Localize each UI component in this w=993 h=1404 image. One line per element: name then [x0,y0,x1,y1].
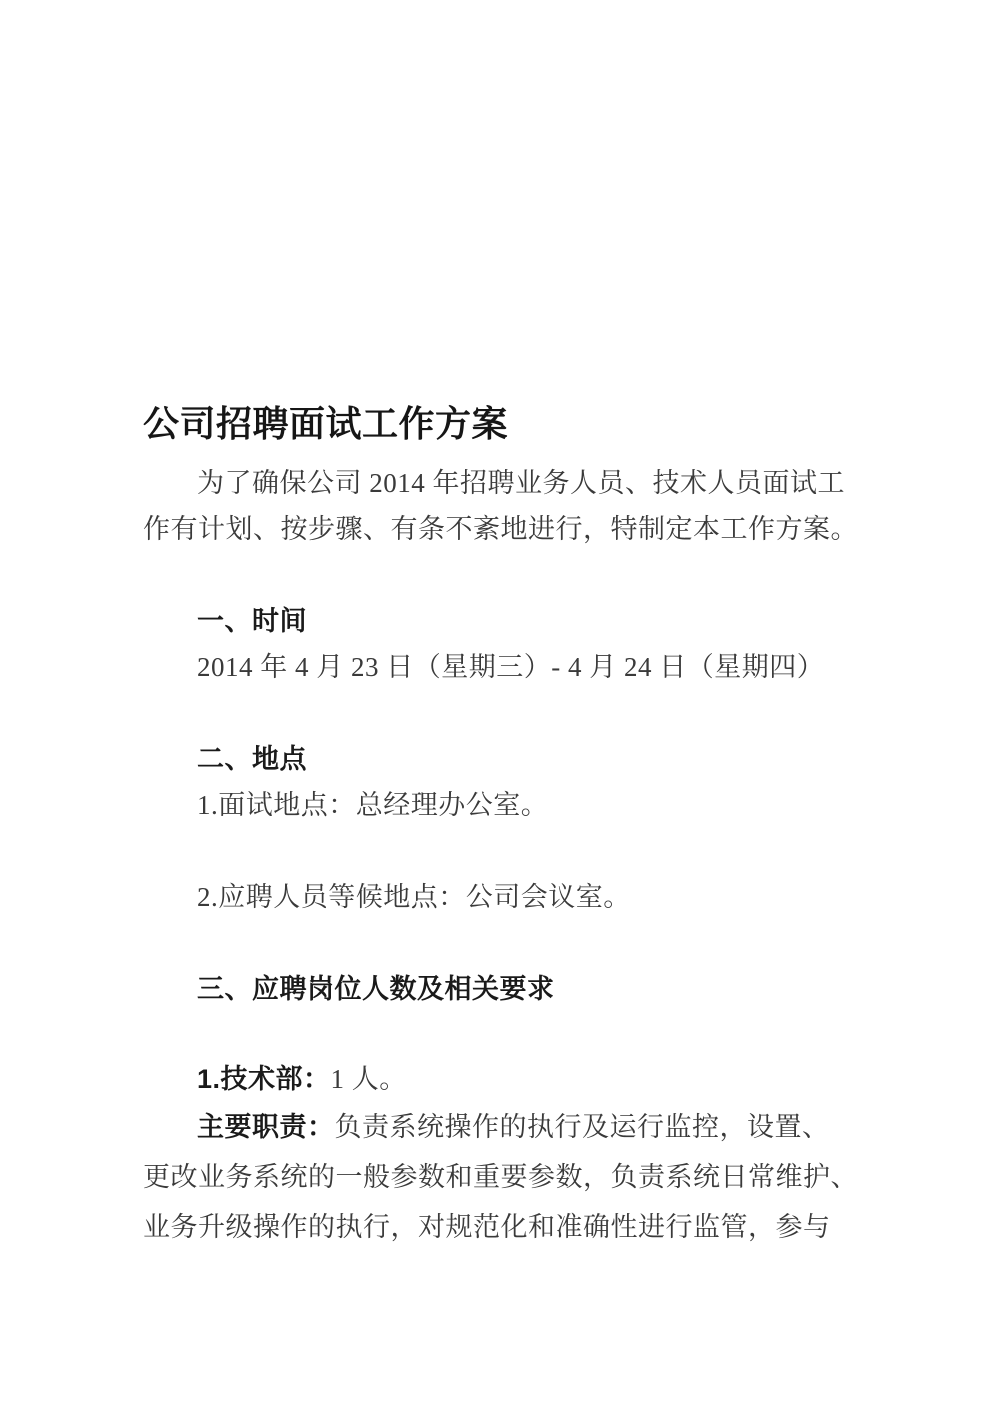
blank-line [143,552,849,598]
intro-paragraph-line-2: 作有计划、按步骤、有条不紊地进行，特制定本工作方案。 [143,506,849,552]
tech-dept-line: 1.技术部：1 人。 [143,1056,849,1102]
duties-text-1: 负责系统操作的执行及运行监控，设置、 [335,1112,830,1142]
waiting-place-line: 2.应聘人员等候地点：公司会议室。 [143,874,849,920]
duties-line-3: 业务升级操作的执行，对规范化和准确性进行监管，参与 [143,1202,849,1252]
document-title: 公司招聘面试工作方案 [143,400,849,448]
section-positions-heading: 三、应聘岗位人数及相关要求 [143,966,849,1012]
intro-paragraph-line-1: 为了确保公司 2014 年招聘业务人员、技术人员面试工 [143,460,849,506]
duties-line-2: 更改业务系统的一般参数和重要参数，负责系统日常维护、 [143,1152,849,1202]
blank-line [143,920,849,966]
section-place-heading: 二、地点 [143,736,849,782]
duties-line-1: 主要职责：负责系统操作的执行及运行监控，设置、 [143,1102,849,1152]
interview-date-line: 2014 年 4 月 23 日（星期三）- 4 月 24 日（星期四） [143,644,849,690]
blank-line [143,828,849,874]
tech-dept-label: 1.技术部： [197,1064,331,1094]
blank-line [143,690,849,736]
tech-dept-count: 1 人。 [331,1064,407,1094]
duties-label: 主要职责： [197,1112,335,1142]
section-time-heading: 一、时间 [143,598,849,644]
document-page: 公司招聘面试工作方案 为了确保公司 2014 年招聘业务人员、技术人员面试工 作… [0,0,993,1404]
blank-line [143,1012,849,1056]
interview-place-line: 1.面试地点：总经理办公室。 [143,782,849,828]
document-content: 公司招聘面试工作方案 为了确保公司 2014 年招聘业务人员、技术人员面试工 作… [143,400,849,1252]
